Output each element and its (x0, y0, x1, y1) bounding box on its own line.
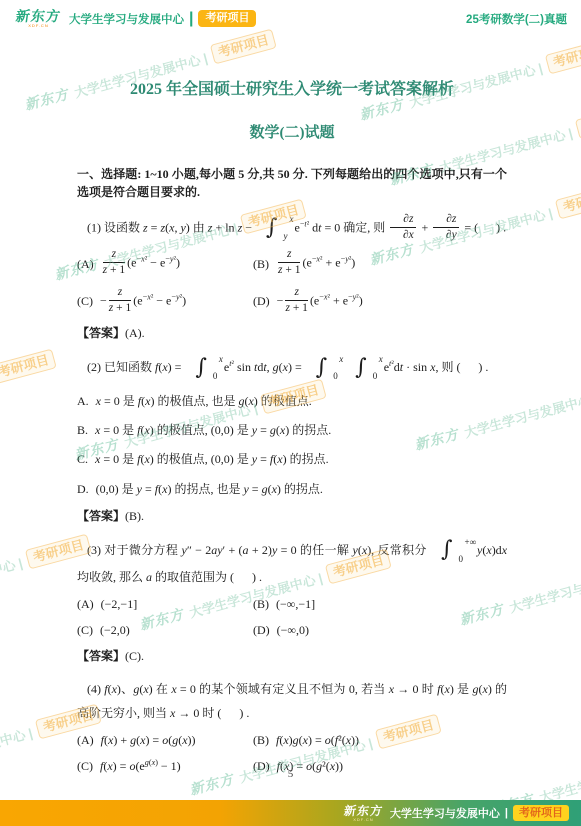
option-label: (B) (253, 595, 269, 613)
option-text: x = 0 是 f(x) 的极值点, (0,0) 是 y = f(x) 的拐点. (95, 452, 329, 466)
option-text: f(x)g(x) = o(f²(x)) (276, 731, 359, 749)
option-text: (−2,−1] (101, 595, 138, 613)
answer-line: 【答案】(B). (77, 507, 507, 525)
section-intro: 一、选择题: 1~10 小题,每小题 5 分,共 50 分. 下列每题给出的四个… (77, 165, 507, 202)
option-text: −zz + 1(e−x² + e−y²) (277, 287, 363, 316)
watermark-badge: 考研项目 (0, 349, 57, 384)
header-divider: | (189, 10, 193, 28)
option: (B)f(x)g(x) = o(f²(x)) (253, 731, 507, 749)
option: (A)(−2,−1] (77, 595, 253, 613)
question-options: (A)zz + 1(e−x² − e−y²)(B)zz + 1(e−x² + e… (77, 249, 507, 316)
option: (A)zz + 1(e−x² − e−y²) (77, 249, 253, 278)
option: (B)zz + 1(e−x² + e−y²) (253, 249, 507, 278)
option-text: (−∞,0) (277, 621, 309, 639)
option: (D)−zz + 1(e−x² + e−y²) (253, 287, 507, 316)
watermark-text: 大学生学习与发展中心 | (507, 562, 581, 616)
footer-org-title: 大学生学习与发展中心 (390, 805, 500, 821)
footer-bar: 新东方 XDF.CN 大学生学习与发展中心 | 考研项目 (0, 800, 581, 826)
option: A.x = 0 是 f(x) 的极值点, 也是 g(x) 的极值点. (77, 392, 507, 411)
header-exam-label: 25考研数学(二)真题 (466, 11, 567, 27)
watermark-text: 大学生学习与发展中心 | (0, 552, 24, 606)
header-org-title: 大学生学习与发展中心 (69, 11, 184, 27)
brand-logo-text: 新东方 (15, 9, 62, 23)
question-options: A.x = 0 是 f(x) 的极值点, 也是 g(x) 的极值点.B.x = … (77, 392, 507, 499)
option-label: C. (77, 452, 88, 466)
option-text: −zz + 1(e−x² − e−y²) (100, 287, 186, 316)
question-options: (A)(−2,−1](B)(−∞,−1](C)(−2,0)(D)(−∞,0) (77, 595, 507, 639)
question-stem: (2) 已知函数 f(x) = ∫x0et² sin tdt, g(x) = ∫… (77, 354, 507, 382)
answer-value: (A). (125, 326, 145, 340)
question-q4: (4) f(x)、g(x) 在 x = 0 的某个领域有定义且不恒为 0, 若当… (77, 677, 507, 775)
option-label: A. (77, 394, 89, 408)
option-label: B. (77, 423, 88, 437)
option-label: (C) (77, 292, 93, 310)
document-page: 新东方 XDF.CN 大学生学习与发展中心 | 考研项目 25考研数学(二)真题… (0, 0, 581, 826)
answer-label: 【答案】 (77, 509, 125, 523)
page-header: 新东方 XDF.CN 大学生学习与发展中心 | 考研项目 25考研数学(二)真题 (16, 9, 567, 28)
page-number: 5 (0, 768, 581, 780)
answer-value: (B). (125, 509, 144, 523)
brand-logo: 新东方 XDF.CN (16, 9, 61, 28)
footer-brand-logo-subtext: XDF.CN (353, 818, 373, 822)
option-label: (A) (77, 255, 94, 273)
option-label: D. (77, 482, 89, 496)
option-label: (A) (77, 595, 94, 613)
option-text: (−2,0) (100, 621, 130, 639)
brand-logo-subtext: XDF.CN (28, 24, 48, 28)
answer-label: 【答案】 (77, 326, 125, 340)
option: B.x = 0 是 f(x) 的极值点, (0,0) 是 y = g(x) 的拐… (77, 421, 507, 440)
option-text: zz + 1(e−x² + e−y²) (276, 249, 355, 278)
question-q3: (3) 对于微分方程 y″ − 2ay′ + (a + 2)y = 0 的任一解… (77, 537, 507, 665)
header-program-badge: 考研项目 (198, 10, 256, 27)
questions-container: (1) 设函数 z = z(x, y) 由 z + ln z − ∫xye−t²… (77, 214, 507, 775)
watermark-badge: 考研项目 (545, 39, 581, 74)
answer-line: 【答案】(C). (77, 647, 507, 665)
watermark: 新东方大学生学习与发展中心 |考研项目 (0, 348, 57, 434)
answer-line: 【答案】(A). (77, 324, 507, 342)
option: (C)(−2,0) (77, 621, 253, 639)
option-label: (B) (253, 731, 269, 749)
question-stem: (4) f(x)、g(x) 在 x = 0 的某个领域有定义且不恒为 0, 若当… (77, 677, 507, 725)
option-text: f(x) + g(x) = o(g(x)) (101, 731, 196, 749)
option-text: x = 0 是 f(x) 的极值点, (0,0) 是 y = g(x) 的拐点. (95, 423, 331, 437)
footer-divider: | (505, 807, 508, 819)
document-content: 2025 年全国硕士研究生入学统一考试答案解析 数学(二)试题 一、选择题: 1… (77, 0, 507, 775)
question-q1: (1) 设函数 z = z(x, y) 由 z + ln z − ∫xye−t²… (77, 214, 507, 342)
option-label: (B) (253, 255, 269, 273)
option-text: zz + 1(e−x² − e−y²) (101, 249, 180, 278)
watermark-badge: 考研项目 (555, 184, 581, 219)
question-stem: (3) 对于微分方程 y″ − 2ay′ + (a + 2)y = 0 的任一解… (77, 537, 507, 589)
option-label: (D) (253, 621, 270, 639)
option-label: (D) (253, 292, 270, 310)
question-stem: (1) 设函数 z = z(x, y) 由 z + ln z − ∫xye−t²… (77, 214, 507, 243)
footer-brand-logo-text: 新东方 (343, 805, 384, 817)
watermark-brand: 新东方 (22, 84, 71, 115)
watermark-badge: 考研项目 (575, 104, 581, 139)
option: (B)(−∞,−1] (253, 595, 507, 613)
option: (A)f(x) + g(x) = o(g(x)) (77, 731, 253, 749)
answer-value: (C). (125, 649, 144, 663)
question-q2: (2) 已知函数 f(x) = ∫x0et² sin tdt, g(x) = ∫… (77, 354, 507, 525)
option: D.(0,0) 是 y = f(x) 的拐点, 也是 y = g(x) 的拐点. (77, 480, 507, 499)
option: C.x = 0 是 f(x) 的极值点, (0,0) 是 y = f(x) 的拐… (77, 450, 507, 469)
option: (C)−zz + 1(e−x² − e−y²) (77, 287, 253, 316)
footer-program-badge: 考研项目 (513, 805, 569, 821)
answer-label: 【答案】 (77, 649, 125, 663)
option: (D)(−∞,0) (253, 621, 507, 639)
document-title: 2025 年全国硕士研究生入学统一考试答案解析 (77, 78, 507, 102)
option-label: (C) (77, 621, 93, 639)
option-text: (−∞,−1] (276, 595, 315, 613)
document-subtitle: 数学(二)试题 (77, 122, 507, 145)
option-text: x = 0 是 f(x) 的极值点, 也是 g(x) 的极值点. (96, 394, 312, 408)
option-text: (0,0) 是 y = f(x) 的拐点, 也是 y = g(x) 的拐点. (96, 482, 323, 496)
footer-brand-logo: 新东方 XDF.CN (344, 805, 383, 822)
option-label: (A) (77, 731, 94, 749)
